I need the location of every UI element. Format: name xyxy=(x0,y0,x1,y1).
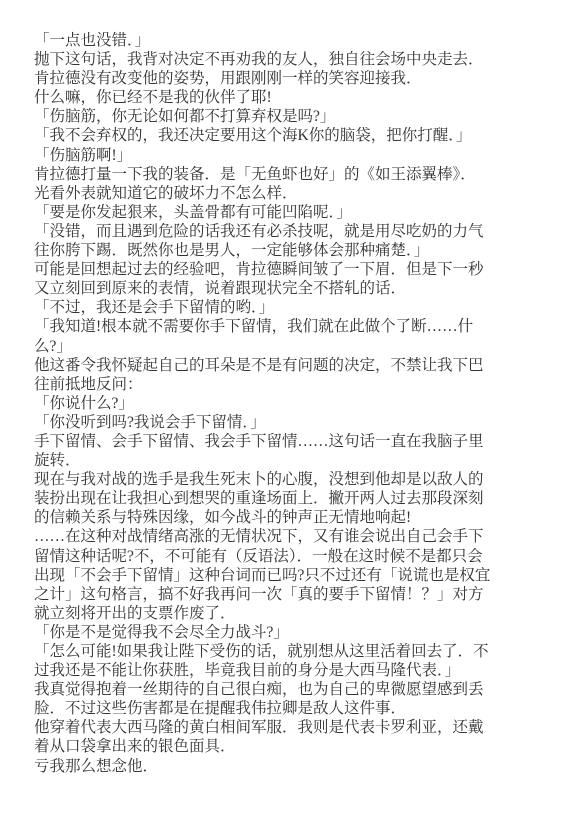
text-line: 留情这种话呢?不，不可能有（反语法）．一般在这时候不是都只会 xyxy=(34,547,555,566)
text-line: 「伤脑筋啊!」 xyxy=(34,146,555,165)
text-line: 我真觉得抱着一丝期待的自己很白痴，也为自己的卑微愿望感到丢 xyxy=(34,680,555,699)
text-line: 过我还是不能让你获胜，毕竟我目前的身分是大西马隆代表．」 xyxy=(34,661,555,680)
text-line: 着从口袋拿出来的银色面具． xyxy=(34,737,555,756)
text-line: 「不过，我还是会手下留情的哟．」 xyxy=(34,298,555,317)
text-line: 之计」这句格言，搞不好我再问一次「真的要手下留情！？」对方 xyxy=(34,585,555,604)
text-line: 「你没听到吗?我说会手下留情．」 xyxy=(34,413,555,432)
text-line: 抛下这句话，我背对决定不再劝我的友人，独自往会场中央走去． xyxy=(34,50,555,69)
text-line: 「你说什么?」 xyxy=(34,394,555,413)
text-line: 脸．不过这些伤害都是在提醒我伟拉卿是敌人这件事． xyxy=(34,699,555,718)
text-line: 就立刻将开出的支票作废了． xyxy=(34,604,555,623)
text-line: 他这番令我怀疑起自己的耳朵是不是有问题的决定，不禁让我下巴 xyxy=(34,356,555,375)
text-line: ……在这种对战情绪高涨的无情状况下，又有谁会说出自己会手下 xyxy=(34,527,555,546)
text-line: 装扮出现在让我担心到想哭的重逢场面上．撇开两人过去那段深刻 xyxy=(34,489,555,508)
text-line: 往你胯下踢．既然你也是男人，一定能够体会那种痛楚．」 xyxy=(34,241,555,260)
text-line: 什么嘛，你已经不是我的伙伴了耶! xyxy=(34,88,555,107)
text-line: 手下留情、会手下留情、我会手下留情……这句话一直在我脑子里 xyxy=(34,432,555,451)
text-line: 「没错，而且遇到危险的话我还有必杀技呢，就是用尽吃奶的力气 xyxy=(34,222,555,241)
text-line: 「一点也没错．」 xyxy=(34,31,555,50)
text-line: 「要是你发起狠来，头盖骨都有可能凹陷呢．」 xyxy=(34,203,555,222)
text-line: 「怎么可能!如果我让陛下受伤的话，就别想从这里活着回去了．不 xyxy=(34,642,555,661)
text-line: 亏我那么想念他． xyxy=(34,757,555,776)
text-line: 又立刻回到原来的表情，说着跟现状完全不搭轧的话． xyxy=(34,279,555,298)
text-line: 现在与我对战的选手是我生死末卜的心腹，没想到他却是以敌人的 xyxy=(34,470,555,489)
novel-text-body: 「一点也没错．」抛下这句话，我背对决定不再劝我的友人，独自往会场中央走去．肯拉德… xyxy=(34,31,555,776)
text-line: 肯拉德没有改变他的姿势，用跟刚刚一样的笑容迎接我． xyxy=(34,69,555,88)
text-line: 肯拉德打量一下我的装备．是「无鱼虾也好」的《如王添翼棒》． xyxy=(34,165,555,184)
text-line: 「伤脑筋，你无论如何都不打算弃权是吗?」 xyxy=(34,107,555,126)
text-line: 他穿着代表大西马隆的黄白相间军服．我则是代表卡罗利亚，还戴 xyxy=(34,718,555,737)
text-line: 「我不会弃权的，我还决定要用这个海K你的脑袋，把你打醒．」 xyxy=(34,126,555,145)
text-line: 可能是回想起过去的经验吧，肯拉德瞬间皱了一下眉．但是下一秒 xyxy=(34,260,555,279)
text-line: 「你是不是觉得我不会尽全力战斗?」 xyxy=(34,623,555,642)
text-line: 的信赖关系与特殊因缘，如今战斗的钟声正无情地响起! xyxy=(34,508,555,527)
text-line: 光看外表就知道它的破坏力不怎么样． xyxy=(34,184,555,203)
text-line: 往前抵地反问： xyxy=(34,375,555,394)
novel-page: 「一点也没错．」抛下这句话，我背对决定不再劝我的友人，独自往会场中央走去．肯拉德… xyxy=(0,0,583,828)
text-line: 旋转． xyxy=(34,451,555,470)
text-line: 么?」 xyxy=(34,337,555,356)
text-line: 「我知道!根本就不需要你手下留情，我们就在此做个了断……什 xyxy=(34,317,555,336)
text-line: 出现「不会手下留情」这种台词而已吗?只不过还有「说谎也是权宜 xyxy=(34,566,555,585)
